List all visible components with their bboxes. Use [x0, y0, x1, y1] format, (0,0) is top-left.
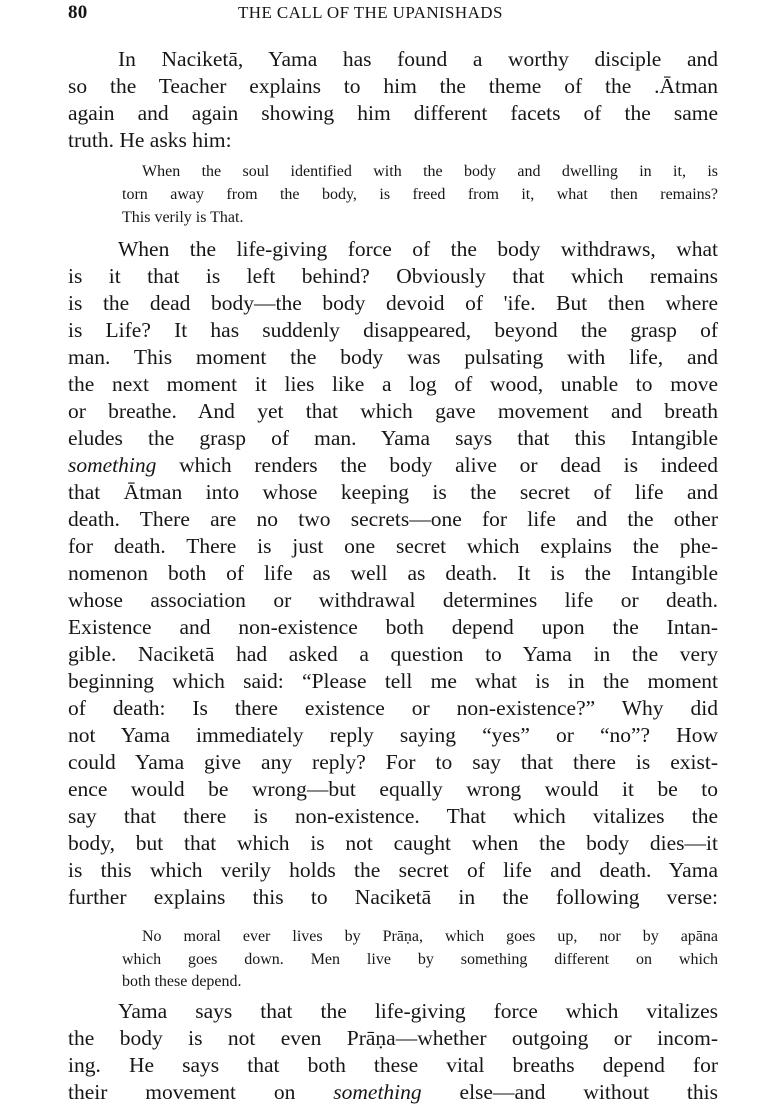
text-line: eludes the grasp of man. Yama says that …: [68, 425, 718, 452]
text-line: is this which verily holds the secret of…: [68, 857, 718, 884]
text-line: further explains this to Naciketā in the…: [68, 884, 718, 911]
quote-line: No moral ever lives by Prāṇa, which goes…: [142, 926, 718, 948]
quote-line: When the soul identified with the body a…: [142, 161, 718, 183]
text-line: is Life? It has suddenly disappeared, be…: [68, 317, 718, 344]
text-run: else—and without this: [422, 1080, 718, 1104]
text-line: body, but that which is not caught when …: [68, 830, 718, 857]
text-line: something which renders the body alive o…: [68, 452, 718, 479]
text-line: truth. He asks him:: [68, 127, 718, 154]
text-line: ing. He says that both these vital breat…: [68, 1052, 718, 1079]
emphasis-text: something: [333, 1080, 421, 1104]
text-line: Yama says that the life-giving force whi…: [118, 998, 718, 1025]
text-line: is the dead body—the body devoid of 'ife…: [68, 290, 718, 317]
quote-line: which goes down. Men live by something d…: [122, 949, 718, 971]
text-line: their movement on something else—and wit…: [68, 1079, 718, 1106]
text-line: nomenon both of life as well as death. I…: [68, 560, 718, 587]
text-line: beginning which said: “Please tell me wh…: [68, 668, 718, 695]
text-line: gible. Naciketā had asked a question to …: [68, 641, 718, 668]
quote-line: This verily is That.: [122, 207, 718, 229]
text-line: the body is not even Prāṇa—whether outgo…: [68, 1025, 718, 1052]
text-line: In Naciketā, Yama has found a worthy dis…: [118, 46, 718, 73]
text-line: not Yama immediately reply saying “yes” …: [68, 722, 718, 749]
text-line: is it that is left behind? Obviously tha…: [68, 263, 718, 290]
text-line: say that there is non-existence. That wh…: [68, 803, 718, 830]
text-run: which renders the body alive or dead is …: [156, 453, 718, 477]
text-line: or breathe. And yet that which gave move…: [68, 398, 718, 425]
text-line: the next moment it lies like a log of wo…: [68, 371, 718, 398]
running-title: THE CALL OF THE UPANISHADS: [238, 3, 503, 23]
text-line: that Ātman into whose keeping is the sec…: [68, 479, 718, 506]
text-line: so the Teacher explains to him the theme…: [68, 73, 718, 100]
text-line: death. There are no two secrets—one for …: [68, 506, 718, 533]
text-line: for death. There is just one secret whic…: [68, 533, 718, 560]
text-line: whose association or withdrawal determin…: [68, 587, 718, 614]
text-line: could Yama give any reply? For to say th…: [68, 749, 718, 776]
quote-line: both these depend.: [122, 971, 718, 993]
text-line: Existence and non-existence both depend …: [68, 614, 718, 641]
quote-line: torn away from the body, is freed from i…: [122, 184, 718, 206]
text-line: of death: Is there existence or non-exis…: [68, 695, 718, 722]
emphasis-text: something: [68, 453, 156, 477]
book-page: 80 THE CALL OF THE UPANISHADS In Naciket…: [0, 0, 780, 1108]
text-line: man. This moment the body was pulsating …: [68, 344, 718, 371]
text-line: again and again showing him different fa…: [68, 100, 718, 127]
text-line: When the life-giving force of the body w…: [118, 236, 718, 263]
page-number: 80: [68, 2, 88, 24]
text-run: their movement on: [68, 1080, 333, 1104]
text-line: ence would be wrong—but equally wrong wo…: [68, 776, 718, 803]
page-header: 80 THE CALL OF THE UPANISHADS: [68, 2, 718, 28]
